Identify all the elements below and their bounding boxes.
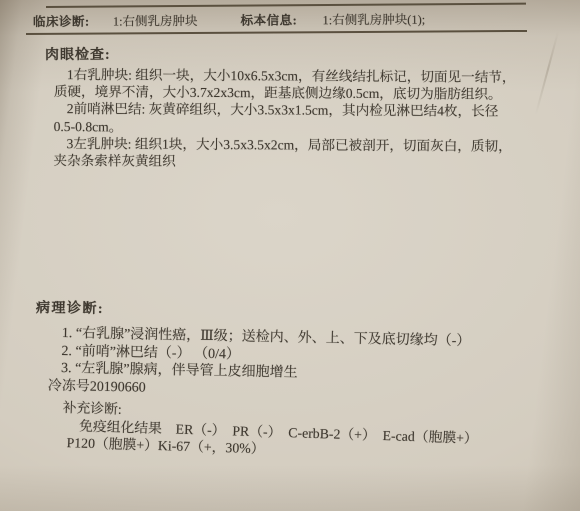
gross-exam-item-3: 3左乳肿块: 组织1块，大小3.5x3.5x2cm，局部已被剖开，切面灰白，质韧… — [53, 135, 517, 172]
top-divider — [46, 3, 526, 8]
specimen-info-label: 标本信息: — [241, 13, 298, 27]
clinical-diagnosis-value: 1:右侧乳房肿块 — [113, 14, 198, 29]
supplementary-diagnosis-body: 补充诊断: 免疫组化结果 ER（-） PR（-） C-erbB-2（+） E-c… — [61, 399, 478, 465]
pathology-diagnosis-body: 1. “右乳腺”浸润性癌，Ⅲ级；送检内、外、上、下及底切缘均（-） 2. “前哨… — [61, 325, 471, 403]
header-divider — [26, 30, 527, 35]
gross-exam-body: 1右乳肿块: 组织一块，大小10x6.5x3cm，有丝线结扎标记，切面见一结节，… — [53, 66, 518, 172]
gross-exam-heading: 肉眼检查: — [45, 44, 111, 64]
clinical-diagnosis-label: 临床诊断: — [33, 15, 90, 29]
gross-exam-item-1: 1右乳肿块: 组织一块，大小10x6.5x3cm，有丝线结扎标记，切面见一结节，… — [54, 66, 518, 103]
pathology-report-photo: 临床诊断: 1:右侧乳房肿块 标本信息: 1:右侧乳房肿块(1); 肉眼检查: … — [0, 0, 580, 511]
paper-crease — [535, 31, 559, 115]
gross-exam-item-2: 2前哨淋巴结: 灰黄碎组织，大小3.5x3x1.5cm，其内检见淋巴结4枚，长径… — [54, 100, 518, 137]
pathology-diagnosis-heading: 病理诊断: — [36, 297, 104, 318]
report-header-row: 临床诊断: 1:右侧乳房肿块 标本信息: 1:右侧乳房肿块(1); — [33, 10, 425, 30]
specimen-info-value: 1:右侧乳房肿块(1); — [322, 13, 425, 28]
